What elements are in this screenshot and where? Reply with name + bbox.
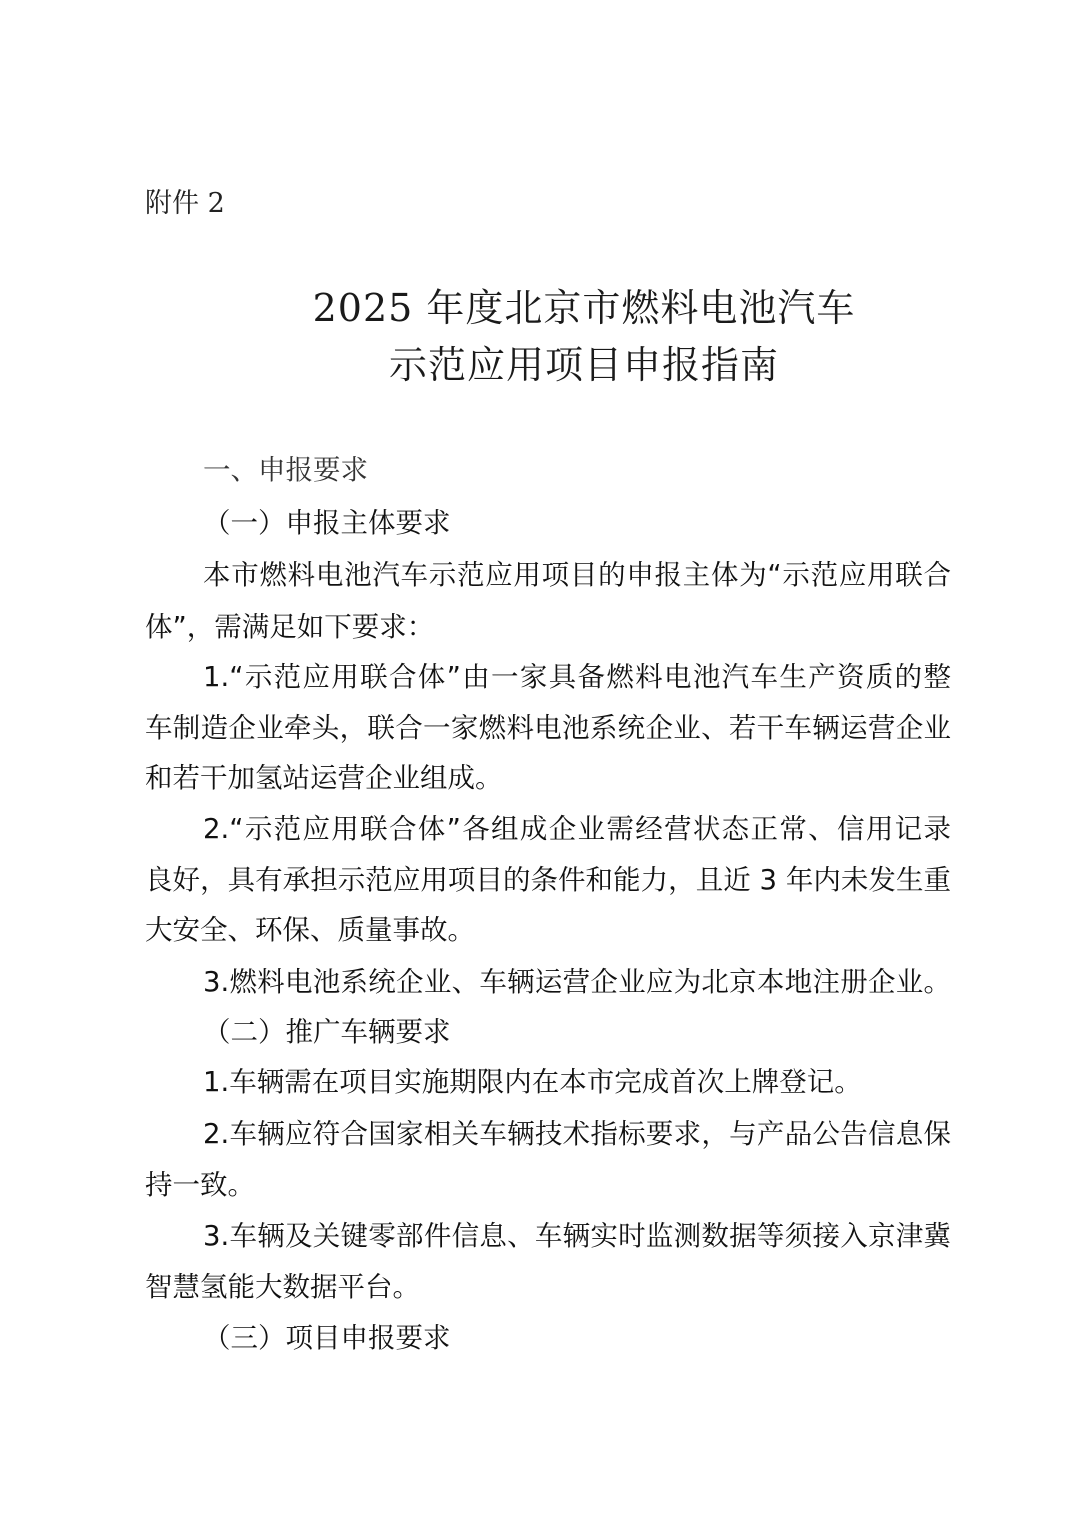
list-item-line: 3.燃料电池系统企业、车辆运营企业应为北京本地注册企业。 — [203, 964, 951, 1000]
list-item-line: 大安全、环保、质量事故。 — [145, 912, 951, 948]
document-title-line-2: 示范应用项目申报指南 — [44, 340, 1080, 390]
subsection-heading-project-requirements: （三）项目申报要求 — [203, 1320, 951, 1356]
paragraph-line: 本市燃料电池汽车示范应用项目的申报主体为“示范应用联合 — [203, 557, 951, 593]
document-title-line-1: 2025 年度北京市燃料电池汽车 — [44, 283, 1080, 333]
list-item-line: 2.车辆应符合国家相关车辆技术指标要求，与产品公告信息保 — [203, 1116, 951, 1152]
list-item-line: 和若干加氢站运营企业组成。 — [145, 760, 951, 796]
list-item-line: 2.“示范应用联合体”各组成企业需经营状态正常、信用记录 — [203, 811, 951, 847]
list-item-line: 1.车辆需在项目实施期限内在本市完成首次上牌登记。 — [203, 1064, 951, 1100]
list-item-line: 智慧氢能大数据平台。 — [145, 1269, 951, 1305]
subsection-heading-vehicle-requirements: （二）推广车辆要求 — [203, 1014, 951, 1050]
section-heading-application-requirements: 一、申报要求 — [203, 452, 951, 488]
list-item-line: 1.“示范应用联合体”由一家具备燃料电池汽车生产资质的整 — [203, 659, 951, 695]
subsection-heading-applicant-requirements: （一）申报主体要求 — [203, 505, 951, 541]
list-item-line: 3.车辆及关键零部件信息、车辆实时监测数据等须接入京津冀 — [203, 1218, 951, 1254]
list-item-line: 车制造企业牵头，联合一家燃料电池系统企业、若干车辆运营企业 — [145, 710, 951, 746]
list-item-line: 良好，具有承担示范应用项目的条件和能力，且近 3 年内未发生重 — [145, 862, 951, 898]
document-page: 附件 2 2025 年度北京市燃料电池汽车 示范应用项目申报指南 一、申报要求 … — [0, 0, 1080, 1528]
paragraph-line: 体”，需满足如下要求： — [145, 609, 951, 645]
list-item-line: 持一致。 — [145, 1167, 951, 1203]
attachment-label: 附件 2 — [145, 186, 225, 222]
